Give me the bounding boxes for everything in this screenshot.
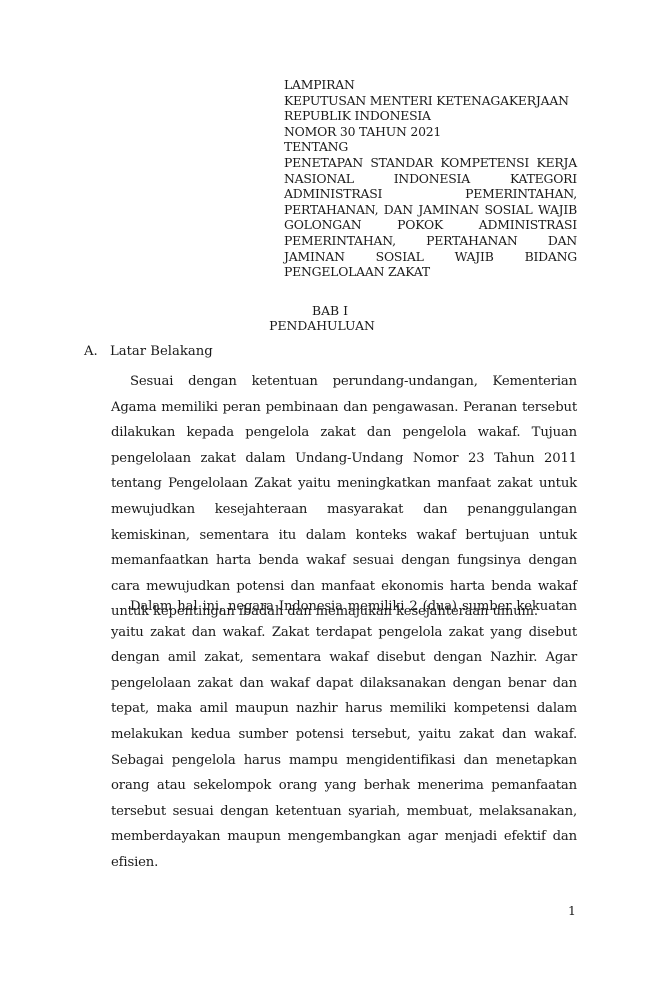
header-line: REPUBLIK INDONESIA (284, 108, 577, 124)
header-line: KEPUTUSAN MENTERI KETENAGAKERJAAN (284, 93, 577, 109)
header-line: PERTAHANAN, DAN JAMINAN SOSIAL WAJIB (284, 202, 577, 218)
header-line: NOMOR 30 TAHUN 2021 (284, 124, 577, 140)
header-line: PEMERINTAHAN, PERTAHANAN DAN (284, 233, 577, 249)
page-number: 1 (568, 903, 576, 918)
paragraph-text: Sesuai dengan ketentuan perundang-undang… (111, 369, 577, 625)
header-line: TENTANG (284, 139, 577, 155)
paragraph-text: Dalam hal ini, negara Indonesia memiliki… (111, 594, 577, 876)
paragraph: Dalam hal ini, negara Indonesia memiliki… (111, 594, 577, 876)
section-title: Latar Belakang (110, 344, 213, 359)
section-letter: A. (84, 344, 110, 359)
header-line: PENETAPAN STANDAR KOMPETENSI KERJA (284, 155, 577, 171)
header-line: GOLONGAN POKOK ADMINISTRASI (284, 217, 577, 233)
section-heading: A.Latar Belakang (84, 344, 213, 359)
header-line: PENGELOLAAN ZAKAT (284, 264, 577, 280)
header-line: JAMINAN SOSIAL WAJIB BIDANG (284, 249, 577, 265)
attachment-header: LAMPIRAN KEPUTUSAN MENTERI KETENAGAKERJA… (284, 77, 577, 280)
paragraph: Sesuai dengan ketentuan perundang-undang… (111, 369, 577, 625)
header-line: NASIONAL INDONESIA KATEGORI (284, 171, 577, 187)
header-line: LAMPIRAN (284, 77, 577, 93)
document-page: LAMPIRAN KEPUTUSAN MENTERI KETENAGAKERJA… (0, 0, 654, 1000)
header-line: ADMINISTRASI PEMERINTAHAN, (284, 186, 577, 202)
chapter-number: BAB I (0, 303, 654, 318)
chapter-title: PENDAHULUAN (0, 318, 644, 333)
